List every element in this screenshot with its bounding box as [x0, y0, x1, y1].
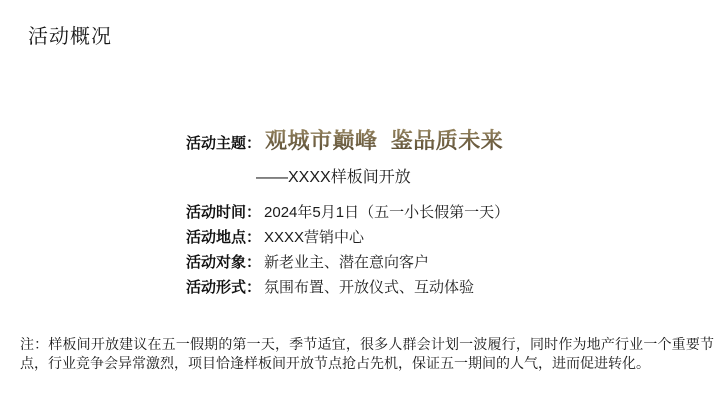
event-time-row: 活动时间： 2024年5月1日（五一小长假第一天）: [186, 200, 509, 225]
event-audience-row: 活动对象： 新老业主、潜在意向客户: [186, 250, 509, 275]
event-theme-row: 活动主题： 观城市巅峰 鉴品质未来: [186, 124, 509, 155]
event-details-list: 活动时间： 2024年5月1日（五一小长假第一天） 活动地点： XXXX营销中心…: [186, 200, 509, 300]
event-theme-label: 活动主题：: [186, 132, 261, 153]
event-location-value: XXXX营销中心: [264, 225, 364, 250]
event-overview-block: 活动主题： 观城市巅峰 鉴品质未来 ——XXXX样板间开放 活动时间： 2024…: [186, 124, 509, 300]
event-time-value: 2024年5月1日（五一小长假第一天）: [264, 200, 509, 225]
event-audience-label: 活动对象：: [186, 250, 261, 275]
event-location-label: 活动地点：: [186, 225, 261, 250]
page-title: 活动概况: [28, 20, 112, 49]
event-format-value: 氛围布置、开放仪式、互动体验: [264, 275, 474, 300]
event-theme-subtitle: ——XXXX样板间开放: [256, 164, 509, 187]
event-format-label: 活动形式：: [186, 275, 261, 300]
event-format-row: 活动形式： 氛围布置、开放仪式、互动体验: [186, 275, 509, 300]
event-time-label: 活动时间：: [186, 200, 261, 225]
event-audience-value: 新老业主、潜在意向客户: [264, 250, 429, 275]
footnote-text: 注：样板间开放建议在五一假期的第一天，季节适宜，很多人群会计划一波履行，同时作为…: [20, 335, 714, 373]
event-location-row: 活动地点： XXXX营销中心: [186, 225, 509, 250]
presentation-slide: 活动概况 活动主题： 观城市巅峰 鉴品质未来 ——XXXX样板间开放 活动时间：…: [0, 0, 720, 405]
event-theme-value: 观城市巅峰 鉴品质未来: [265, 124, 503, 155]
